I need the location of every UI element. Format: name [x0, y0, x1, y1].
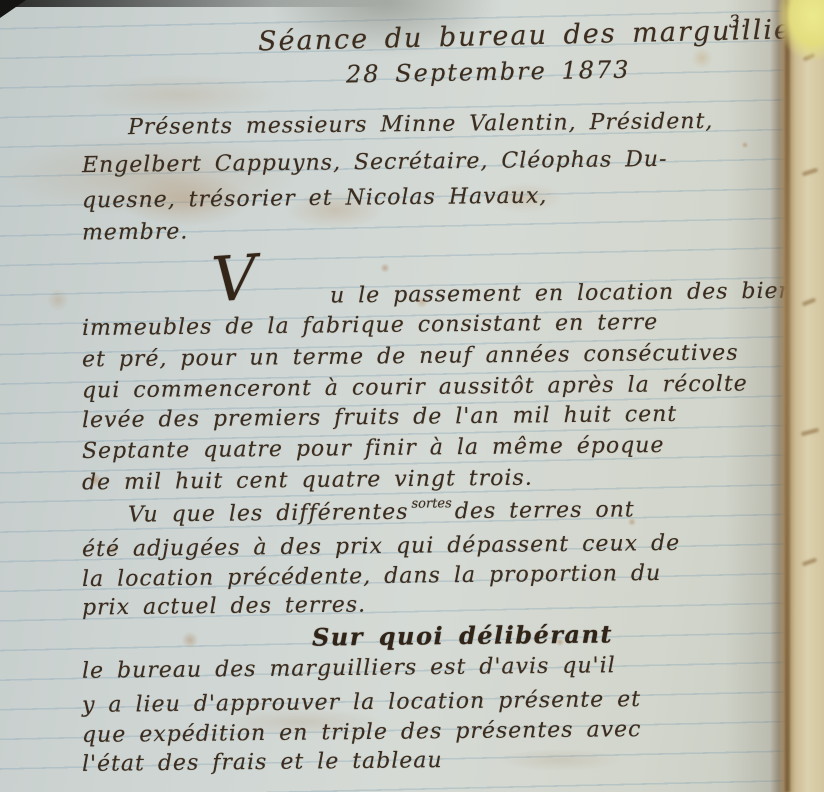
manuscript-photo: Séance du bureau des marguilliers 3. 28 … — [0, 0, 824, 792]
session-date: 28 Septembre 1873 — [346, 56, 631, 89]
manuscript-line: u le passement en location des biens — [330, 279, 806, 309]
wax-spot — [778, 0, 824, 60]
bleed-mark — [801, 428, 819, 437]
manuscript-line: membre. — [82, 219, 189, 245]
manuscript-line: prix actuel des terres. — [82, 593, 366, 621]
bleed-mark — [802, 558, 817, 567]
manuscript-line: l'état des frais et le tableau — [82, 748, 443, 777]
ornate-initial-v: V — [210, 241, 260, 317]
interline-insertion: sortes — [411, 496, 451, 511]
manuscript-line: de mil huit cent quatre vingt trois. — [82, 466, 533, 496]
line-segment: des terres ont — [455, 497, 635, 524]
line-segment: Vu que les différentes — [128, 500, 409, 528]
manuscript-line: Vu que les différentessortesdes terres o… — [128, 497, 635, 527]
bleed-mark — [802, 298, 816, 307]
page-number: 3. — [729, 12, 748, 33]
manuscript-line: quesne, trésorier et Nicolas Havaux, — [82, 184, 548, 214]
torn-edge — [785, 0, 790, 792]
bleed-mark — [802, 168, 818, 177]
top-edge-shadow — [0, 0, 380, 7]
adjacent-page-edge — [770, 0, 824, 792]
deliberation-heading: Sur quoi délibérant — [312, 619, 613, 651]
